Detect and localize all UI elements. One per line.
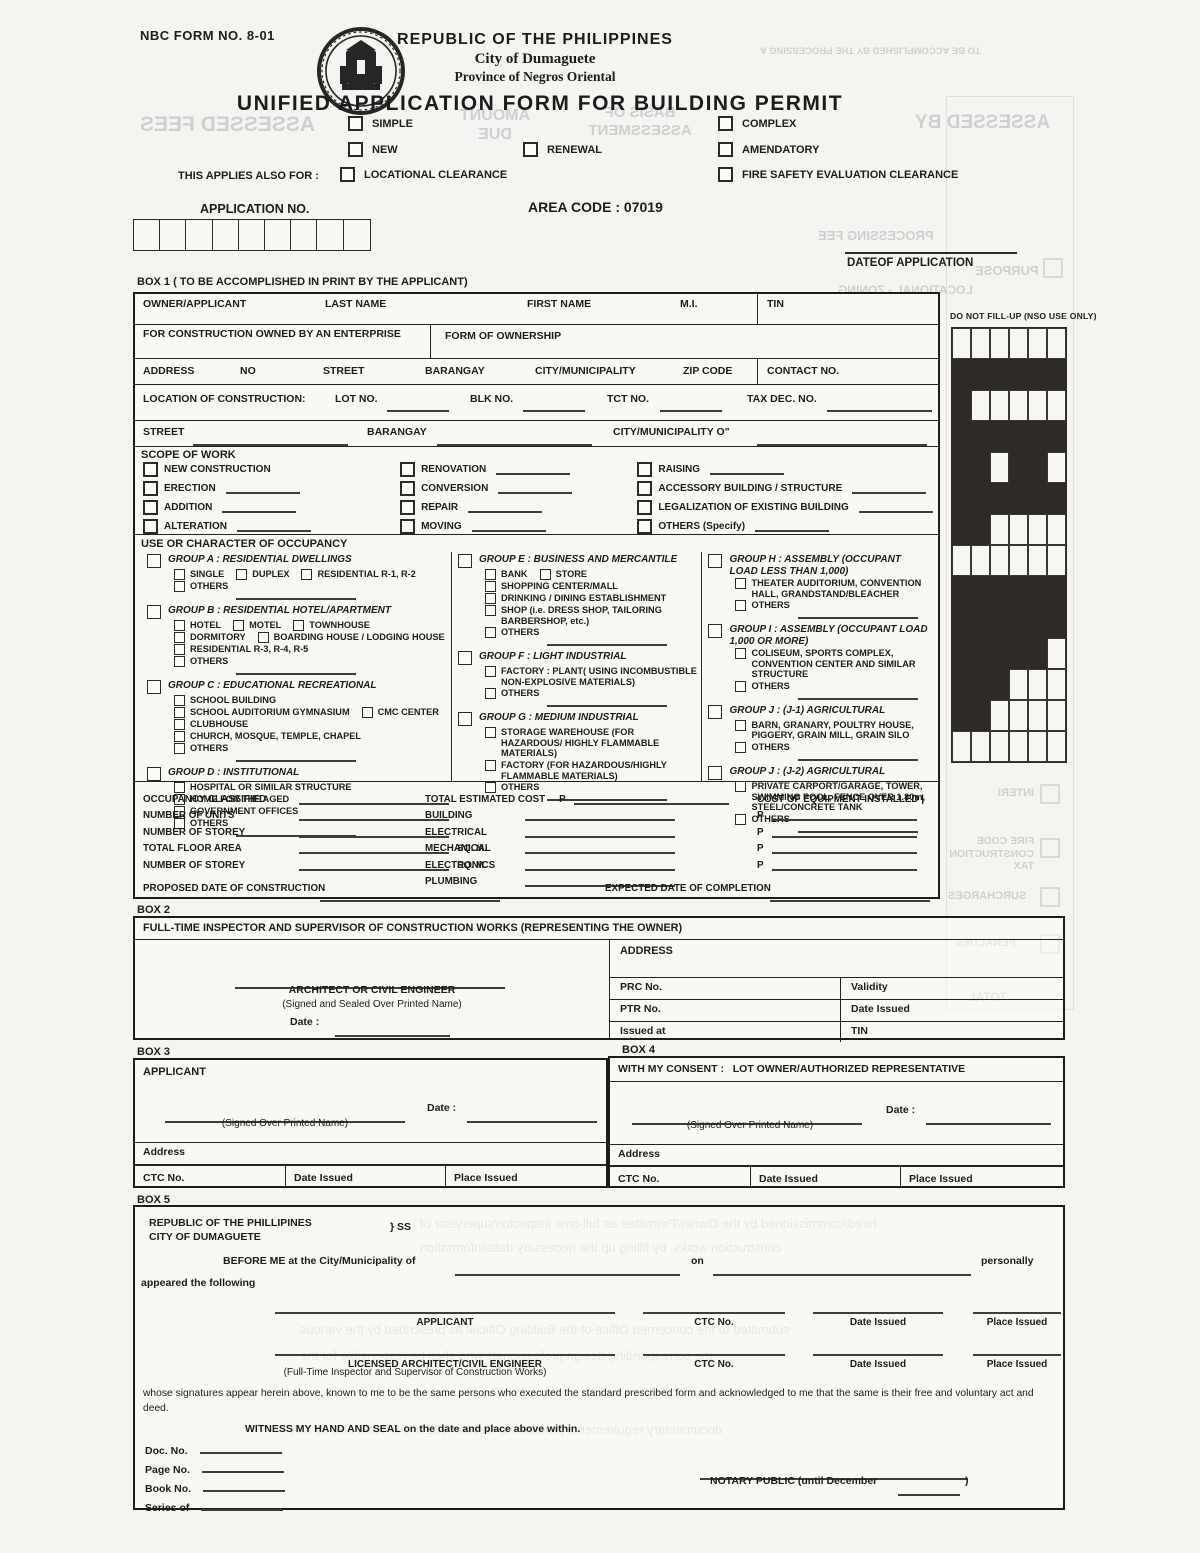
nso-cell[interactable]	[1009, 514, 1028, 545]
nso-cell[interactable]	[1047, 328, 1066, 359]
occupancy-items: SINGLEDUPLEXRESIDENTIAL R-1, R-2OTHERS	[147, 569, 447, 600]
nso-cell[interactable]	[952, 731, 971, 762]
nso-cell[interactable]	[1047, 700, 1066, 731]
fill-line[interactable]	[772, 810, 917, 821]
checkbox-shop-i-e-dress-shop-tailoring-barbershop-e[interactable]	[485, 605, 496, 616]
fill-line[interactable]	[547, 696, 667, 707]
currency-label: P	[757, 810, 764, 821]
column-label: Place Issued	[973, 1359, 1061, 1370]
fill-line-municipality[interactable]	[455, 1265, 680, 1276]
nso-dark-cell	[1009, 607, 1028, 638]
nso-cell[interactable]	[971, 390, 990, 421]
date-of-application-label: DATEOF APPLICATION	[847, 257, 973, 269]
nso-cell[interactable]	[990, 328, 1009, 359]
nso-cell[interactable]	[990, 390, 1009, 421]
box2-address-cell: ADDRESS PRC No.ValidityPTR No.Date Issue…	[610, 940, 1063, 1038]
occupancy-item: BOARDING HOUSE / LODGING HOUSE	[258, 632, 445, 643]
checkbox-group-j-j-1-agricultural[interactable]	[708, 705, 722, 719]
checkbox-group-f-light-industrial[interactable]	[458, 651, 472, 665]
nso-cell[interactable]	[952, 328, 971, 359]
fill-line-date[interactable]	[926, 1114, 1051, 1125]
occupancy-items: BARN, GRANARY, POULTRY HOUSE, PIGGERY, G…	[708, 720, 932, 761]
occupancy-item: COLISEUM, SPORTS COMPLEX, CONVENTION CEN…	[735, 648, 932, 680]
nso-cell[interactable]	[990, 700, 1009, 731]
occupancy-item: FACTORY : PLANT( USING INCOMBUSTIBLE NON…	[485, 666, 697, 687]
occupancy-group-title: GROUP H : ASSEMBLY (OCCUPANT LOAD LESS T…	[729, 554, 932, 577]
application-no-box[interactable]	[264, 219, 292, 251]
box1-location-row: LOCATION OF CONSTRUCTION: LOT NO. BLK NO…	[135, 385, 938, 421]
nso-dark-cell	[971, 359, 990, 390]
occupancy-group: GROUP H : ASSEMBLY (OCCUPANT LOAD LESS T…	[708, 554, 932, 619]
nso-cell[interactable]	[1028, 700, 1047, 731]
checkbox-coliseum-sports-complex-convention-center-[interactable]	[735, 648, 746, 659]
nso-cell[interactable]	[1009, 669, 1028, 700]
doc-field-label: Doc. No.	[145, 1445, 188, 1457]
nso-cell[interactable]	[1028, 669, 1047, 700]
fill-line-street[interactable]	[193, 435, 348, 446]
checkbox-others[interactable]	[735, 600, 746, 611]
checkbox-raising[interactable]	[637, 462, 652, 477]
checkbox-theater-auditorium-convention-hall-grandst[interactable]	[735, 578, 746, 589]
checkbox-new-construction[interactable]	[143, 462, 158, 477]
box2-field-row: PRC No.Validity	[610, 977, 1063, 999]
nso-cell[interactable]	[1047, 638, 1066, 669]
application-no-box[interactable]	[159, 219, 187, 251]
box1-owner-row: OWNER/APPLICANT LAST NAME FIRST NAME M.I…	[135, 294, 938, 325]
fill-line[interactable]	[222, 502, 296, 513]
occupancy-item-label: OTHERS	[751, 681, 789, 692]
fill-line[interactable]	[798, 689, 918, 700]
checkbox-group-i-assembly-occupant-load-1-000-or-mo[interactable]	[708, 624, 722, 638]
box5-table: REPUBLIC OF THE PHILLIPINES CITY OF DUMA…	[133, 1205, 1065, 1510]
checkbox-complex[interactable]	[718, 116, 733, 131]
cost-of-equipment-header: COST OF EQUIPMENT INSTALLED |	[757, 788, 924, 805]
ctc-row: CTC No.Date IssuedPlace Issued	[610, 1166, 1063, 1186]
nso-cell[interactable]	[971, 545, 990, 576]
occupancy-group-header: GROUP I : ASSEMBLY (OCCUPANT LOAD 1,000 …	[708, 624, 932, 647]
proposed-date-label: PROPOSED DATE OF CONSTRUCTION	[143, 883, 325, 894]
divider	[430, 325, 431, 358]
fill-line[interactable]	[468, 502, 542, 513]
occupancy-item: SHOPPING CENTER/MALL	[485, 581, 618, 592]
ss-label: } SS	[390, 1221, 411, 1233]
ctc-row: CTC No.Date IssuedPlace Issued	[135, 1165, 606, 1186]
occupancy-item-label: BARN, GRANARY, POULTRY HOUSE, PIGGERY, G…	[751, 720, 932, 741]
last-name-label: LAST NAME	[325, 298, 386, 310]
fill-line[interactable]	[973, 1345, 1061, 1356]
fill-line[interactable]	[798, 750, 918, 761]
signed-caption: (Signed Over Printed Name)	[625, 1120, 875, 1131]
checkbox-conversion[interactable]	[400, 481, 415, 496]
application-no-box[interactable]	[316, 219, 344, 251]
ctc-cell-ctc-no: CTC No.	[610, 1166, 750, 1186]
scope-item: MOVING	[400, 519, 637, 534]
checkbox-group-h-assembly-occupant-load-less-than-1[interactable]	[708, 554, 722, 568]
box2-field-label: PRC No.	[610, 978, 840, 999]
scope-item-label: MOVING	[421, 521, 462, 532]
checkbox-group-b-residential-hotel-apartment[interactable]	[147, 605, 161, 619]
fill-line[interactable]	[710, 464, 784, 475]
fill-line[interactable]	[236, 664, 356, 675]
nso-dark-cell	[1028, 576, 1047, 607]
nso-cell[interactable]	[1047, 452, 1066, 483]
bleed-through-text: SURCHARGES	[948, 890, 1026, 903]
nso-cell[interactable]	[1009, 545, 1028, 576]
cost-label: TOTAL FLOOR AREA	[143, 843, 291, 854]
fill-line[interactable]	[525, 843, 675, 854]
occupancy-item-label: SCHOOL BUILDING	[190, 695, 276, 706]
checkbox-others[interactable]	[735, 681, 746, 692]
fill-line[interactable]	[859, 502, 933, 513]
street-label-2: STREET	[143, 426, 184, 438]
on-label: on	[691, 1255, 704, 1267]
fill-line[interactable]	[755, 521, 829, 532]
checkbox-others[interactable]	[174, 581, 185, 592]
nso-dark-cell	[952, 669, 971, 700]
occupancy-item-label: CLUBHOUSE	[190, 719, 248, 730]
doc-field-series-of: Series of	[145, 1500, 283, 1514]
application-no-label: APPLICATION NO.	[200, 202, 310, 216]
occupancy-item-label: MOTEL	[249, 620, 281, 631]
box1-occupancy: USE OR CHARACTER OF OCCUPANCY GROUP A : …	[135, 535, 938, 782]
fill-line-tct-no[interactable]	[660, 401, 722, 412]
nso-dark-cell	[1009, 483, 1028, 514]
occupancy-item-label: BANK	[501, 569, 528, 580]
fill-line[interactable]	[798, 608, 918, 619]
label-complex: COMPLEX	[742, 118, 796, 130]
nso-cell[interactable]	[1028, 514, 1047, 545]
box3-label: BOX 3	[137, 1046, 170, 1058]
column-label: Place Issued	[973, 1317, 1061, 1328]
checkbox-shopping-center-mall[interactable]	[485, 581, 496, 592]
occupancy-item: RESIDENTIAL R-1, R-2	[301, 569, 415, 580]
nso-dark-cell	[1028, 421, 1047, 452]
checkbox-hotel[interactable]	[174, 620, 185, 631]
fill-line-expected-date[interactable]	[770, 891, 930, 902]
bleed-through-checkbox	[1040, 887, 1060, 907]
occupancy-item: FACTORY (FOR HAZARDOUS/HIGHLY FLAMMABLE …	[485, 760, 697, 781]
fill-line[interactable]	[496, 464, 570, 475]
scope-column: RAISINGACCESSORY BUILDING / STRUCTURELEG…	[637, 462, 934, 534]
date-of-application-line[interactable]	[845, 252, 1017, 254]
fill-line-city-municipality[interactable]	[757, 435, 927, 446]
checkbox-others[interactable]	[485, 627, 496, 638]
occupancy-item-label: THEATER AUDITORIUM, CONVENTION HALL, GRA…	[751, 578, 932, 599]
checkbox-duplex[interactable]	[236, 569, 247, 580]
bleed-through-checkbox	[1043, 258, 1063, 278]
checkbox-others-specify[interactable]	[637, 519, 652, 534]
fill-line[interactable]	[275, 1345, 615, 1356]
checkbox-clubhouse[interactable]	[174, 719, 185, 730]
application-no-box[interactable]	[212, 219, 240, 251]
box1-label: BOX 1 ( TO BE ACCOMPLISHED IN PRINT BY T…	[137, 276, 468, 288]
nso-cell[interactable]	[1028, 545, 1047, 576]
fill-line[interactable]	[772, 843, 917, 854]
doc-field-label: Page No.	[145, 1464, 190, 1476]
box1-enterprise-row: FOR CONSTRUCTION OWNED BY AN ENTERPRISE …	[135, 325, 938, 359]
cost-label: NUMBER OF UNITS	[143, 810, 291, 821]
fill-line[interactable]	[852, 483, 926, 494]
currency-label: P	[757, 843, 764, 854]
bleed-through-text: PROCESSING FEE	[818, 228, 934, 244]
fill-line[interactable]	[226, 483, 300, 494]
nso-cell[interactable]	[990, 452, 1009, 483]
fill-line[interactable]	[201, 1500, 283, 1511]
application-no-box[interactable]	[290, 219, 318, 251]
checkbox-renovation[interactable]	[400, 462, 415, 477]
nso-cell[interactable]	[1047, 545, 1066, 576]
fill-line[interactable]	[472, 521, 546, 532]
box3-table: APPLICANT Date : (Signed Over Printed Na…	[133, 1058, 608, 1188]
checkbox-legalization-of-existing-building[interactable]	[637, 500, 652, 515]
fill-line[interactable]	[525, 827, 675, 838]
notary-public-label: NOTARY PUBLIC (until December	[710, 1475, 877, 1487]
ctc-cell-place-issued: Place Issued	[445, 1165, 606, 1186]
checkbox-bank[interactable]	[485, 569, 496, 580]
application-no-boxes	[133, 219, 369, 251]
occupancy-column: GROUP H : ASSEMBLY (OCCUPANT LOAD LESS T…	[701, 552, 936, 781]
enterprise-label: FOR CONSTRUCTION OWNED BY AN ENTERPRISE	[143, 328, 413, 341]
ctc-cell-date-issued: Date Issued	[750, 1166, 900, 1186]
republic-line-1: REPUBLIC OF THE PHILLIPINES	[149, 1217, 312, 1229]
fill-line[interactable]	[236, 589, 356, 600]
checkbox-single[interactable]	[174, 569, 185, 580]
fill-line-proposed-date[interactable]	[320, 891, 500, 902]
checkbox-renewal[interactable]	[523, 142, 538, 157]
nso-cell[interactable]	[990, 514, 1009, 545]
checkbox-drinking-dining-establishment[interactable]	[485, 593, 496, 604]
checkbox-school-auditorium-gymnasium[interactable]	[174, 707, 185, 718]
application-no-box[interactable]	[185, 219, 213, 251]
occupancy-item-label: CMC CENTER	[378, 707, 439, 718]
occupancy-group-title: GROUP G : MEDIUM INDUSTRIAL	[479, 712, 639, 724]
barangay-label: BARANGAY	[425, 365, 485, 377]
owner-applicant-label: OWNER/APPLICANT	[143, 298, 246, 310]
applies-also-label: THIS APPLIES ALSO FOR :	[178, 170, 319, 182]
application-no-box[interactable]	[238, 219, 266, 251]
fill-line[interactable]	[772, 860, 917, 871]
nso-cell[interactable]	[1047, 514, 1066, 545]
nso-cell[interactable]	[990, 545, 1009, 576]
fill-line[interactable]	[813, 1303, 943, 1314]
occupancy-items: THEATER AUDITORIUM, CONVENTION HALL, GRA…	[708, 578, 932, 619]
checkbox-group-d-institutional[interactable]	[147, 767, 161, 781]
date-label: Date :	[427, 1102, 456, 1114]
occupancy-item: RESIDENTIAL R-3, R-4, R-5	[174, 644, 308, 655]
nso-cell[interactable]	[1028, 390, 1047, 421]
fill-line[interactable]	[643, 1345, 785, 1356]
equipment-cost-row: P	[757, 805, 924, 822]
nso-dark-cell	[971, 452, 990, 483]
checkbox-new[interactable]	[348, 142, 363, 157]
checkbox-residential-r-1-r-2[interactable]	[301, 569, 312, 580]
cost-row: ELECTRONICS	[425, 854, 729, 871]
column-label: Date Issued	[813, 1359, 943, 1370]
fill-line-tax-dec-no[interactable]	[827, 401, 932, 412]
checkbox-cmc-center[interactable]	[362, 707, 373, 718]
nso-cell[interactable]	[1028, 328, 1047, 359]
checkbox-group-j-j-2-agricultural[interactable]	[708, 766, 722, 780]
checkbox-group-g-medium-industrial[interactable]	[458, 712, 472, 726]
checkbox-group-a-residential-dwellings[interactable]	[147, 554, 161, 568]
nso-cell[interactable]	[990, 731, 1009, 762]
nso-cell[interactable]	[952, 545, 971, 576]
scope-item-label: ADDITION	[164, 502, 212, 513]
fill-line-blk-no[interactable]	[523, 401, 585, 412]
fill-line-date[interactable]	[713, 1265, 971, 1276]
application-no-box[interactable]	[343, 219, 371, 251]
fill-line-barangay[interactable]	[437, 435, 592, 446]
checkbox-group-c-educational-recreational[interactable]	[147, 680, 161, 694]
occupancy-item: STORE	[540, 569, 587, 580]
box2-label: BOX 2	[137, 904, 170, 916]
signature-column-ctc-no: CTC No.	[643, 1345, 785, 1370]
cost-label: BUILDING	[425, 810, 517, 821]
fill-line[interactable]	[525, 860, 675, 871]
city-municipality-label-2: CITY/MUNICIPALITY O"	[613, 426, 730, 438]
checkbox-others[interactable]	[174, 656, 185, 667]
tax-dec-no-label: TAX DEC. NO.	[747, 393, 817, 405]
nso-cell[interactable]	[1009, 700, 1028, 731]
notary-close-paren: )	[965, 1475, 969, 1487]
occupancy-item: HOTEL	[174, 620, 221, 631]
fill-line-date[interactable]	[467, 1112, 597, 1123]
label-simple: SIMPLE	[372, 118, 413, 130]
checkbox-locational-clearance[interactable]	[340, 167, 355, 182]
equipment-cost-row: P	[757, 821, 924, 838]
occupancy-group-title: GROUP B : RESIDENTIAL HOTEL/APARTMENT	[168, 605, 391, 617]
fill-line[interactable]	[236, 751, 356, 762]
fill-line[interactable]	[237, 521, 311, 532]
contact-no-label: CONTACT NO.	[767, 365, 839, 377]
checkbox-townhouse[interactable]	[293, 620, 304, 631]
fill-line[interactable]	[200, 1443, 282, 1454]
checkbox-dormitory[interactable]	[174, 632, 185, 643]
date-label: Date :	[886, 1104, 915, 1116]
checkbox-moving[interactable]	[400, 519, 415, 534]
occupancy-item-label: BOARDING HOUSE / LODGING HOUSE	[274, 632, 445, 643]
checkbox-factory-for-hazardous-highly-flammable-mat[interactable]	[485, 760, 496, 771]
doc-field-doc-no: Doc. No.	[145, 1443, 282, 1457]
currency-label: P	[757, 860, 764, 871]
box4-table: WITH MY CONSENT : LOT OWNER/AUTHORIZED R…	[608, 1056, 1065, 1188]
fill-line-lot-no[interactable]	[387, 401, 449, 412]
scope-item: CONVERSION	[400, 481, 637, 496]
nso-cell[interactable]	[1047, 390, 1066, 421]
acknowledgment-paragraph: whose signatures appear herein above, kn…	[143, 1387, 1055, 1417]
checkbox-school-building[interactable]	[174, 695, 185, 706]
scope-item: ERECTION	[143, 481, 400, 496]
fill-line[interactable]	[643, 1303, 785, 1314]
nso-cell[interactable]	[1047, 669, 1066, 700]
scope-item-label: REPAIR	[421, 502, 458, 513]
nso-cell[interactable]	[1047, 731, 1066, 762]
occupancy-item: THEATER AUDITORIUM, CONVENTION HALL, GRA…	[735, 578, 932, 599]
occupancy-items: COLISEUM, SPORTS COMPLEX, CONVENTION CEN…	[708, 648, 932, 700]
nso-cell[interactable]	[971, 328, 990, 359]
checkbox-addition[interactable]	[143, 500, 158, 515]
bleed-through-text: FIRE CODE CONSTRUCTION TAX	[938, 835, 1034, 873]
occupancy-item-label: RESIDENTIAL R-1, R-2	[317, 569, 415, 580]
nso-dark-cell	[1047, 576, 1066, 607]
address-row: Address	[135, 1142, 606, 1165]
form-of-ownership-label: FORM OF OWNERSHIP	[445, 330, 561, 342]
bleed-through-text: INTERI	[952, 787, 1034, 800]
nso-cell[interactable]	[1028, 731, 1047, 762]
checkbox-accessory-building-structure[interactable]	[637, 481, 652, 496]
doc-field-label: Book No.	[145, 1483, 191, 1495]
checkbox-storage-warehouse-for-hazardous-highly-fla[interactable]	[485, 727, 496, 738]
occupancy-item: OTHERS	[174, 581, 447, 600]
date-label: Date :	[290, 1016, 319, 1028]
nso-cell[interactable]	[1009, 328, 1028, 359]
checkbox-boarding-house-lodging-house[interactable]	[258, 632, 269, 643]
checkbox-others[interactable]	[174, 743, 185, 754]
fill-line[interactable]	[525, 810, 675, 821]
checkbox-church-mosque-temple-chapel[interactable]	[174, 731, 185, 742]
checkbox-repair[interactable]	[400, 500, 415, 515]
fill-line[interactable]	[275, 1303, 615, 1314]
occupancy-item: TOWNHOUSE	[293, 620, 370, 631]
checkbox-store[interactable]	[540, 569, 551, 580]
occupancy-item: OTHERS	[174, 743, 447, 762]
nso-dark-cell	[952, 514, 971, 545]
fill-line[interactable]	[772, 827, 917, 838]
fill-line[interactable]	[202, 1462, 284, 1473]
checkbox-alteration[interactable]	[143, 519, 158, 534]
occupancy-group: GROUP I : ASSEMBLY (OCCUPANT LOAD 1,000 …	[708, 624, 932, 700]
nso-dark-cell	[971, 669, 990, 700]
fill-line[interactable]	[574, 794, 729, 805]
checkbox-factory-plant-using-incombustible-non-expl[interactable]	[485, 666, 496, 677]
fill-line[interactable]	[203, 1481, 285, 1492]
checkbox-residential-r-3-r-4-r-5[interactable]	[174, 644, 185, 655]
nso-cell[interactable]	[1009, 390, 1028, 421]
checkbox-barn-granary-poultry-house-piggery-grain-m[interactable]	[735, 720, 746, 731]
fill-line-notary-year[interactable]	[898, 1485, 960, 1496]
applicant-label: APPLICANT	[143, 1066, 206, 1078]
no-label: NO	[240, 365, 256, 377]
box2-signature-cell: ARCHITECT OR CIVIL ENGINEER (Signed and …	[135, 940, 610, 1038]
checkbox-erection[interactable]	[143, 481, 158, 496]
fill-line[interactable]	[973, 1303, 1061, 1314]
checkbox-others[interactable]	[485, 688, 496, 699]
checkbox-amendatory[interactable]	[718, 142, 733, 157]
scope-item-label: RENOVATION	[421, 464, 486, 475]
nso-dark-cell	[1009, 576, 1028, 607]
checkbox-group-e-business-and-mercantile[interactable]	[458, 554, 472, 568]
nso-cell[interactable]	[971, 731, 990, 762]
signed-sealed-caption: (Signed and Sealed Over Printed Name)	[135, 999, 609, 1010]
fill-line-date[interactable]	[335, 1026, 450, 1037]
occupancy-item: CLUBHOUSE	[174, 719, 248, 730]
fill-line[interactable]	[547, 635, 667, 646]
application-no-box[interactable]	[133, 219, 161, 251]
doc-field-label: Series of	[145, 1502, 189, 1514]
nso-cell[interactable]	[1009, 731, 1028, 762]
scope-item-label: CONVERSION	[421, 483, 488, 494]
doc-field-book-no: Book No.	[145, 1481, 285, 1495]
occupancy-group-header: GROUP C : EDUCATIONAL RECREATIONAL	[147, 680, 447, 694]
checkbox-others[interactable]	[735, 742, 746, 753]
checkbox-fire-safety-evaluation-clearance[interactable]	[718, 167, 733, 182]
occupancy-item: STORAGE WAREHOUSE (FOR HAZARDOUS/ HIGHLY…	[485, 727, 697, 759]
fill-line[interactable]	[813, 1345, 943, 1356]
checkbox-motel[interactable]	[233, 620, 244, 631]
fill-line[interactable]	[498, 483, 572, 494]
bleed-through-text: PURPOSE	[975, 263, 1039, 279]
checkbox-simple[interactable]	[348, 116, 363, 131]
